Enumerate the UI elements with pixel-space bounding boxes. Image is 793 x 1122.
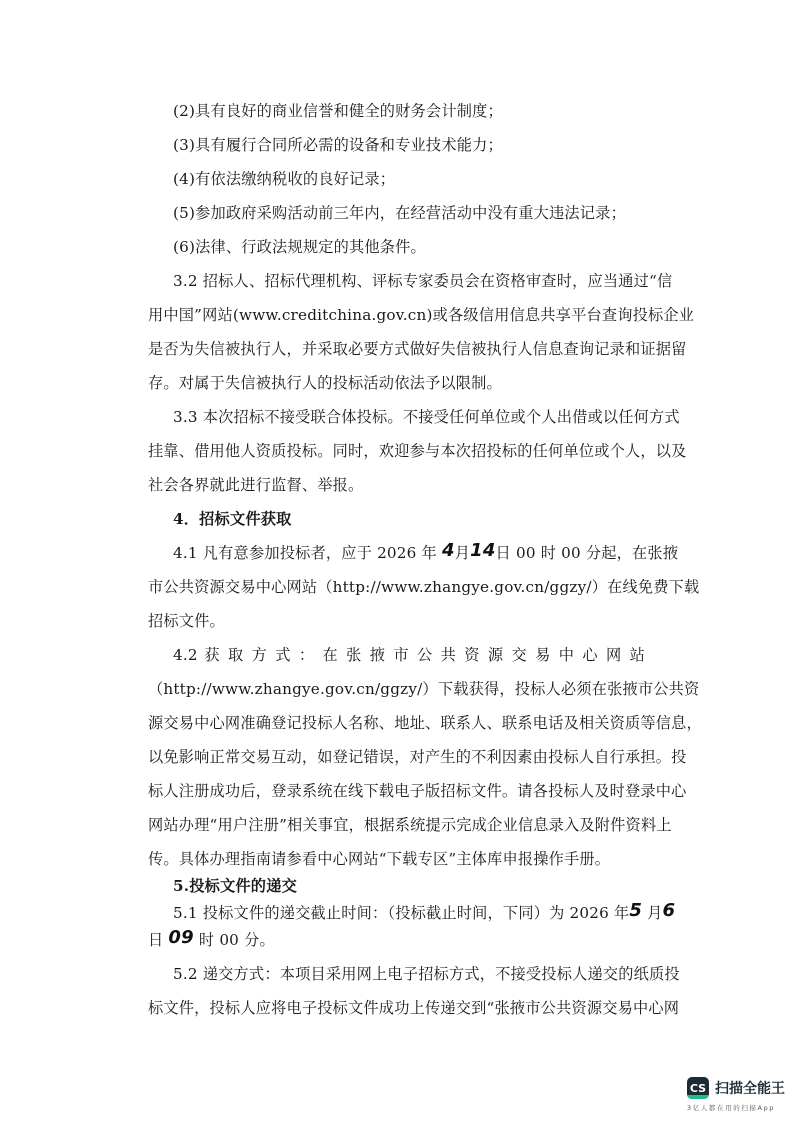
watermark-tagline: 3亿人都在用的扫描App [687,1103,775,1112]
section-3-2-line-4: 存。对属于失信被执行人的投标活动依法予以限制。 [148,373,648,393]
section-5-2-line-1: 5.2 递交方式：本项目采用网上电子招标方式，不接受投标人递交的纸质投 [173,964,673,984]
month-label: 月 [642,904,662,922]
condition-6: (6)法律、行政法规规定的其他条件。 [173,237,673,257]
handwritten-month: 4 [442,541,455,561]
section-3-3-line-3: 社会各界就此进行监督、举报。 [148,475,648,495]
handwritten-hour: 09 [168,928,193,948]
section-4-2-line-3: 源交易中心网准确登记投标人名称、地址、联系人、联系电话及相关资质等信息， [148,713,648,733]
section-4-1-post: 日 00 时 00 分起，在张掖 [496,544,679,562]
section-4-2-line-1: 4.2 获 取 方 式 ： 在 张 掖 市 公 共 资 源 交 易 中 心 网 … [173,645,645,665]
section-4-1-pre: 4.1 凡有意参加投标者，应于 2026 年 [173,544,442,562]
section-4-2-line-7: 传。具体办理指南请参看中心网站“下载专区”主体库申报操作手册。 [148,849,648,869]
section-3-2-line-3: 是否为失信被执行人，并采取必要方式做好失信被执行人信息查询记录和证据留 [148,339,648,359]
condition-4: (4)有依法缴纳税收的良好记录； [173,169,673,189]
camscanner-logo-icon: CS [687,1077,709,1099]
section-4-2-line-2: （http://www.zhangye.gov.cn/ggzy/）下载获得，投标… [148,679,648,699]
section-4-1-line-1: 4.1 凡有意参加投标者，应于 2026 年 4月14日 00 时 00 分起，… [173,543,673,563]
section-3-3-line-1: 3.3 本次招标不接受联合体投标。不接受任何单位或个人出借或以任何方式 [173,407,673,427]
section-5-2-line-2: 标文件，投标人应将电子投标文件成功上传递交到“张掖市公共资源交易中心网 [148,998,648,1018]
section-5-1-post: 时 00 分。 [194,931,275,949]
month-label: 月 [455,544,470,562]
day-label: 日 [148,931,168,949]
section-4-2-line-6: 网站办理“用户注册”相关事宜，根据系统提示完成企业信息录入及附件资料上 [148,815,648,835]
section-5-1-line-1: 5.1 投标文件的递交截止时间：（投标截止时间，下同）为 2026 年5 月6 [173,903,673,923]
condition-2: (2)具有良好的商业信誉和健全的财务会计制度； [173,101,673,121]
condition-3: (3)具有履行合同所必需的设备和专业技术能力； [173,135,673,155]
section-3-2-line-2: 用中国”网站(www.creditchina.gov.cn)或各级信用信息共享平… [148,305,648,325]
handwritten-day: 6 [663,901,676,921]
section-3-2-line-1: 3.2 招标人、招标代理机构、评标专家委员会在资格审查时，应当通过“信 [173,271,673,291]
heading-4: 4．招标文件获取 [173,509,673,529]
handwritten-day: 14 [470,541,495,561]
heading-5: 5.投标文件的递交 [173,876,673,896]
section-4-1-line-2: 市公共资源交易中心网站（http://www.zhangye.gov.cn/gg… [148,577,648,597]
section-5-1-pre: 5.1 投标文件的递交截止时间：（投标截止时间，下同）为 2026 年 [173,904,629,922]
section-4-1-line-3: 招标文件。 [148,611,648,631]
section-4-2-line-5: 标人注册成功后，登录系统在线下载电子版招标文件。请各投标人及时登录中心 [148,781,648,801]
section-4-2-line-4: 以免影响正常交易互动，如登记错误，对产生的不利因素由投标人自行承担。投 [148,747,648,767]
handwritten-month: 5 [629,901,642,921]
scanner-watermark: CS 扫描全能王 [687,1077,785,1099]
watermark-app-name: 扫描全能王 [715,1078,785,1098]
section-3-3-line-2: 挂靠、借用他人资质投标。同时，欢迎参与本次招投标的任何单位或个人，以及 [148,441,648,461]
document-page: (2)具有良好的商业信誉和健全的财务会计制度； (3)具有履行合同所必需的设备和… [0,0,793,1122]
section-5-1-line-2: 日 09 时 00 分。 [148,930,648,950]
condition-5: (5)参加政府采购活动前三年内，在经营活动中没有重大违法记录； [173,203,673,223]
